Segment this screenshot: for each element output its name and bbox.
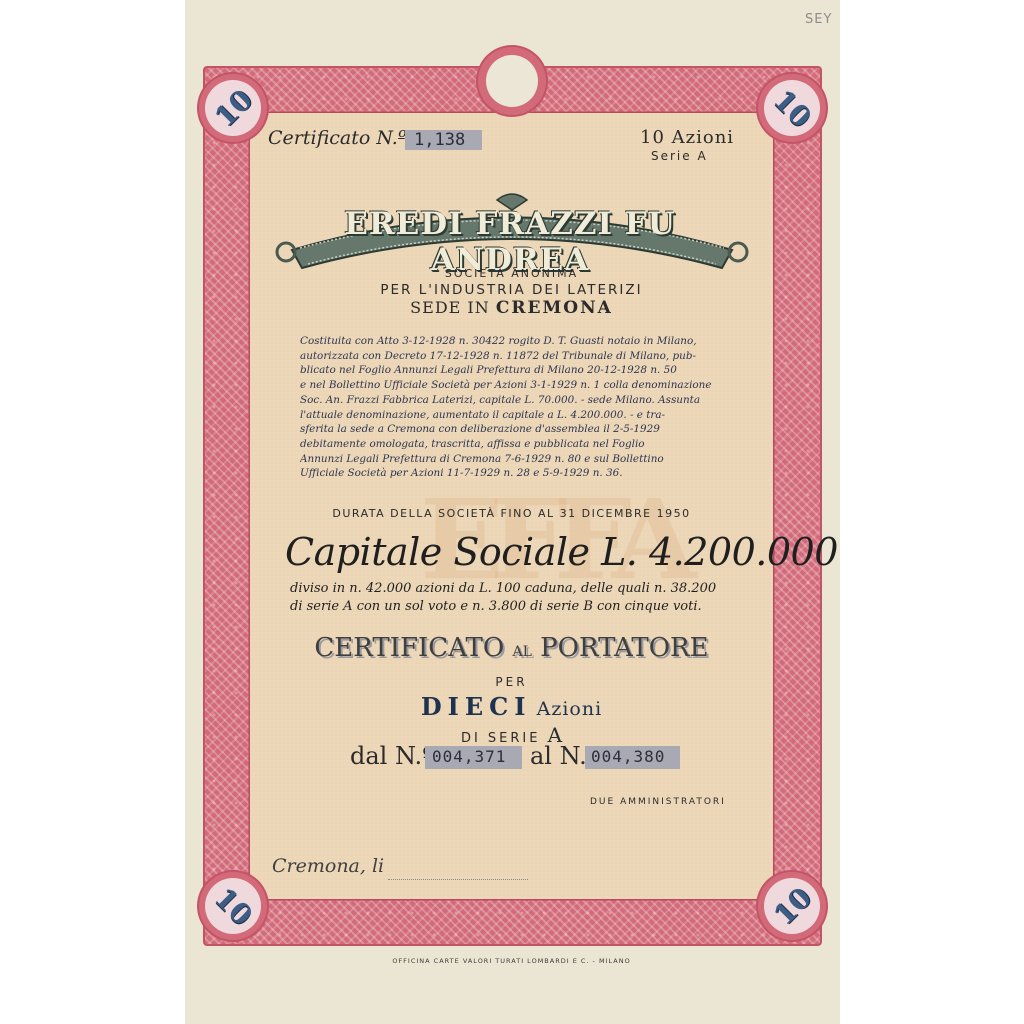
title-part: CERTIFICATO <box>314 633 504 663</box>
signatories-label: DUE AMMINISTRATORI <box>590 797 726 807</box>
legal-line: Annunzi Legali Prefettura di Cremona 7-6… <box>300 452 725 467</box>
legal-incorporation-text: Costituita con Atto 3-12-1928 n. 30422 r… <box>300 334 725 481</box>
corner-medallion-top-right: 10 <box>764 80 820 136</box>
denomination-numeral: 10 <box>767 83 818 134</box>
certificate-title: CERTIFICATO AL PORTATORE <box>250 633 773 663</box>
capital-breakdown-line: di serie A con un sol voto e n. 3.800 di… <box>290 598 750 616</box>
corner-medallion-top-left: 10 <box>205 80 261 136</box>
top-medallion <box>486 55 538 107</box>
corner-medallion-bottom-left: 10 <box>205 878 261 934</box>
denomination-numeral: 10 <box>208 881 259 932</box>
denomination-numeral: 10 <box>208 83 259 134</box>
series-prefix: DI SERIE <box>461 731 541 746</box>
legal-line: l'attuale denominazione, aumentato il ca… <box>300 408 725 423</box>
quantity-word: DIECI <box>421 692 532 721</box>
company-duration: DURATA DELLA SOCIETÀ FINO AL 31 DICEMBRE… <box>250 507 773 520</box>
capital-breakdown-line: diviso in n. 42.000 azioni da L. 100 cad… <box>290 580 750 598</box>
company-seat: SEDE IN CREMONA <box>250 298 773 318</box>
legal-line: blicato nel Foglio Annunzi Legali Prefet… <box>300 363 725 378</box>
corner-medallion-bottom-right: 10 <box>764 878 820 934</box>
legal-line: sferita la sede a Cremona con deliberazi… <box>300 422 725 437</box>
seat-city: CREMONA <box>496 298 613 318</box>
range-to-value: 004,380 <box>591 747 665 766</box>
series-label: Serie A <box>651 149 708 163</box>
title-connector: AL <box>512 644 531 660</box>
title-part: PORTATORE <box>540 633 708 663</box>
place-date-label: Cremona, li <box>272 855 384 877</box>
certificate-number: 1,138 <box>414 130 465 150</box>
share-quantity: DIECI Azioni <box>250 692 773 721</box>
legal-line: Soc. An. Frazzi Fabbrica Laterizi, capit… <box>300 393 725 408</box>
seat-prefix: SEDE IN <box>410 298 490 317</box>
range-from-label: dal N.º <box>350 742 433 770</box>
per-label: PER <box>250 675 773 689</box>
denomination-numeral: 10 <box>767 881 818 932</box>
share-series: DI SERIE A <box>250 723 773 747</box>
capital-breakdown: diviso in n. 42.000 azioni da L. 100 cad… <box>290 580 750 616</box>
legal-line: Costituita con Atto 3-12-1928 n. 30422 r… <box>300 334 725 349</box>
printer-imprint: OFFICINA CARTE VALORI TURATI LOMBARDI E … <box>250 957 773 965</box>
pencil-note: SEY <box>805 12 832 27</box>
legal-line: Ufficiale Società per Azioni 11-7-1929 n… <box>300 466 725 481</box>
legal-line: debitamente omologata, trascritta, affis… <box>300 437 725 452</box>
quantity-unit: Azioni <box>537 698 603 720</box>
certificate-number-label: Certificato N.º <box>268 127 407 149</box>
company-type: SOCIETÀ ANONIMA <box>250 267 773 280</box>
share-capital: Capitale Sociale L. 4.200.000 <box>285 530 838 574</box>
company-industry: PER L'INDUSTRIA DEI LATERIZI <box>250 282 773 298</box>
date-signature-line <box>388 879 528 880</box>
shares-count-label: 10 Azioni <box>640 127 734 148</box>
range-from-value: 004,371 <box>432 747 506 766</box>
legal-line: e nel Bollettino Ufficiale Società per A… <box>300 378 725 393</box>
legal-line: autorizzata con Decreto 17-12-1928 n. 11… <box>300 349 725 364</box>
